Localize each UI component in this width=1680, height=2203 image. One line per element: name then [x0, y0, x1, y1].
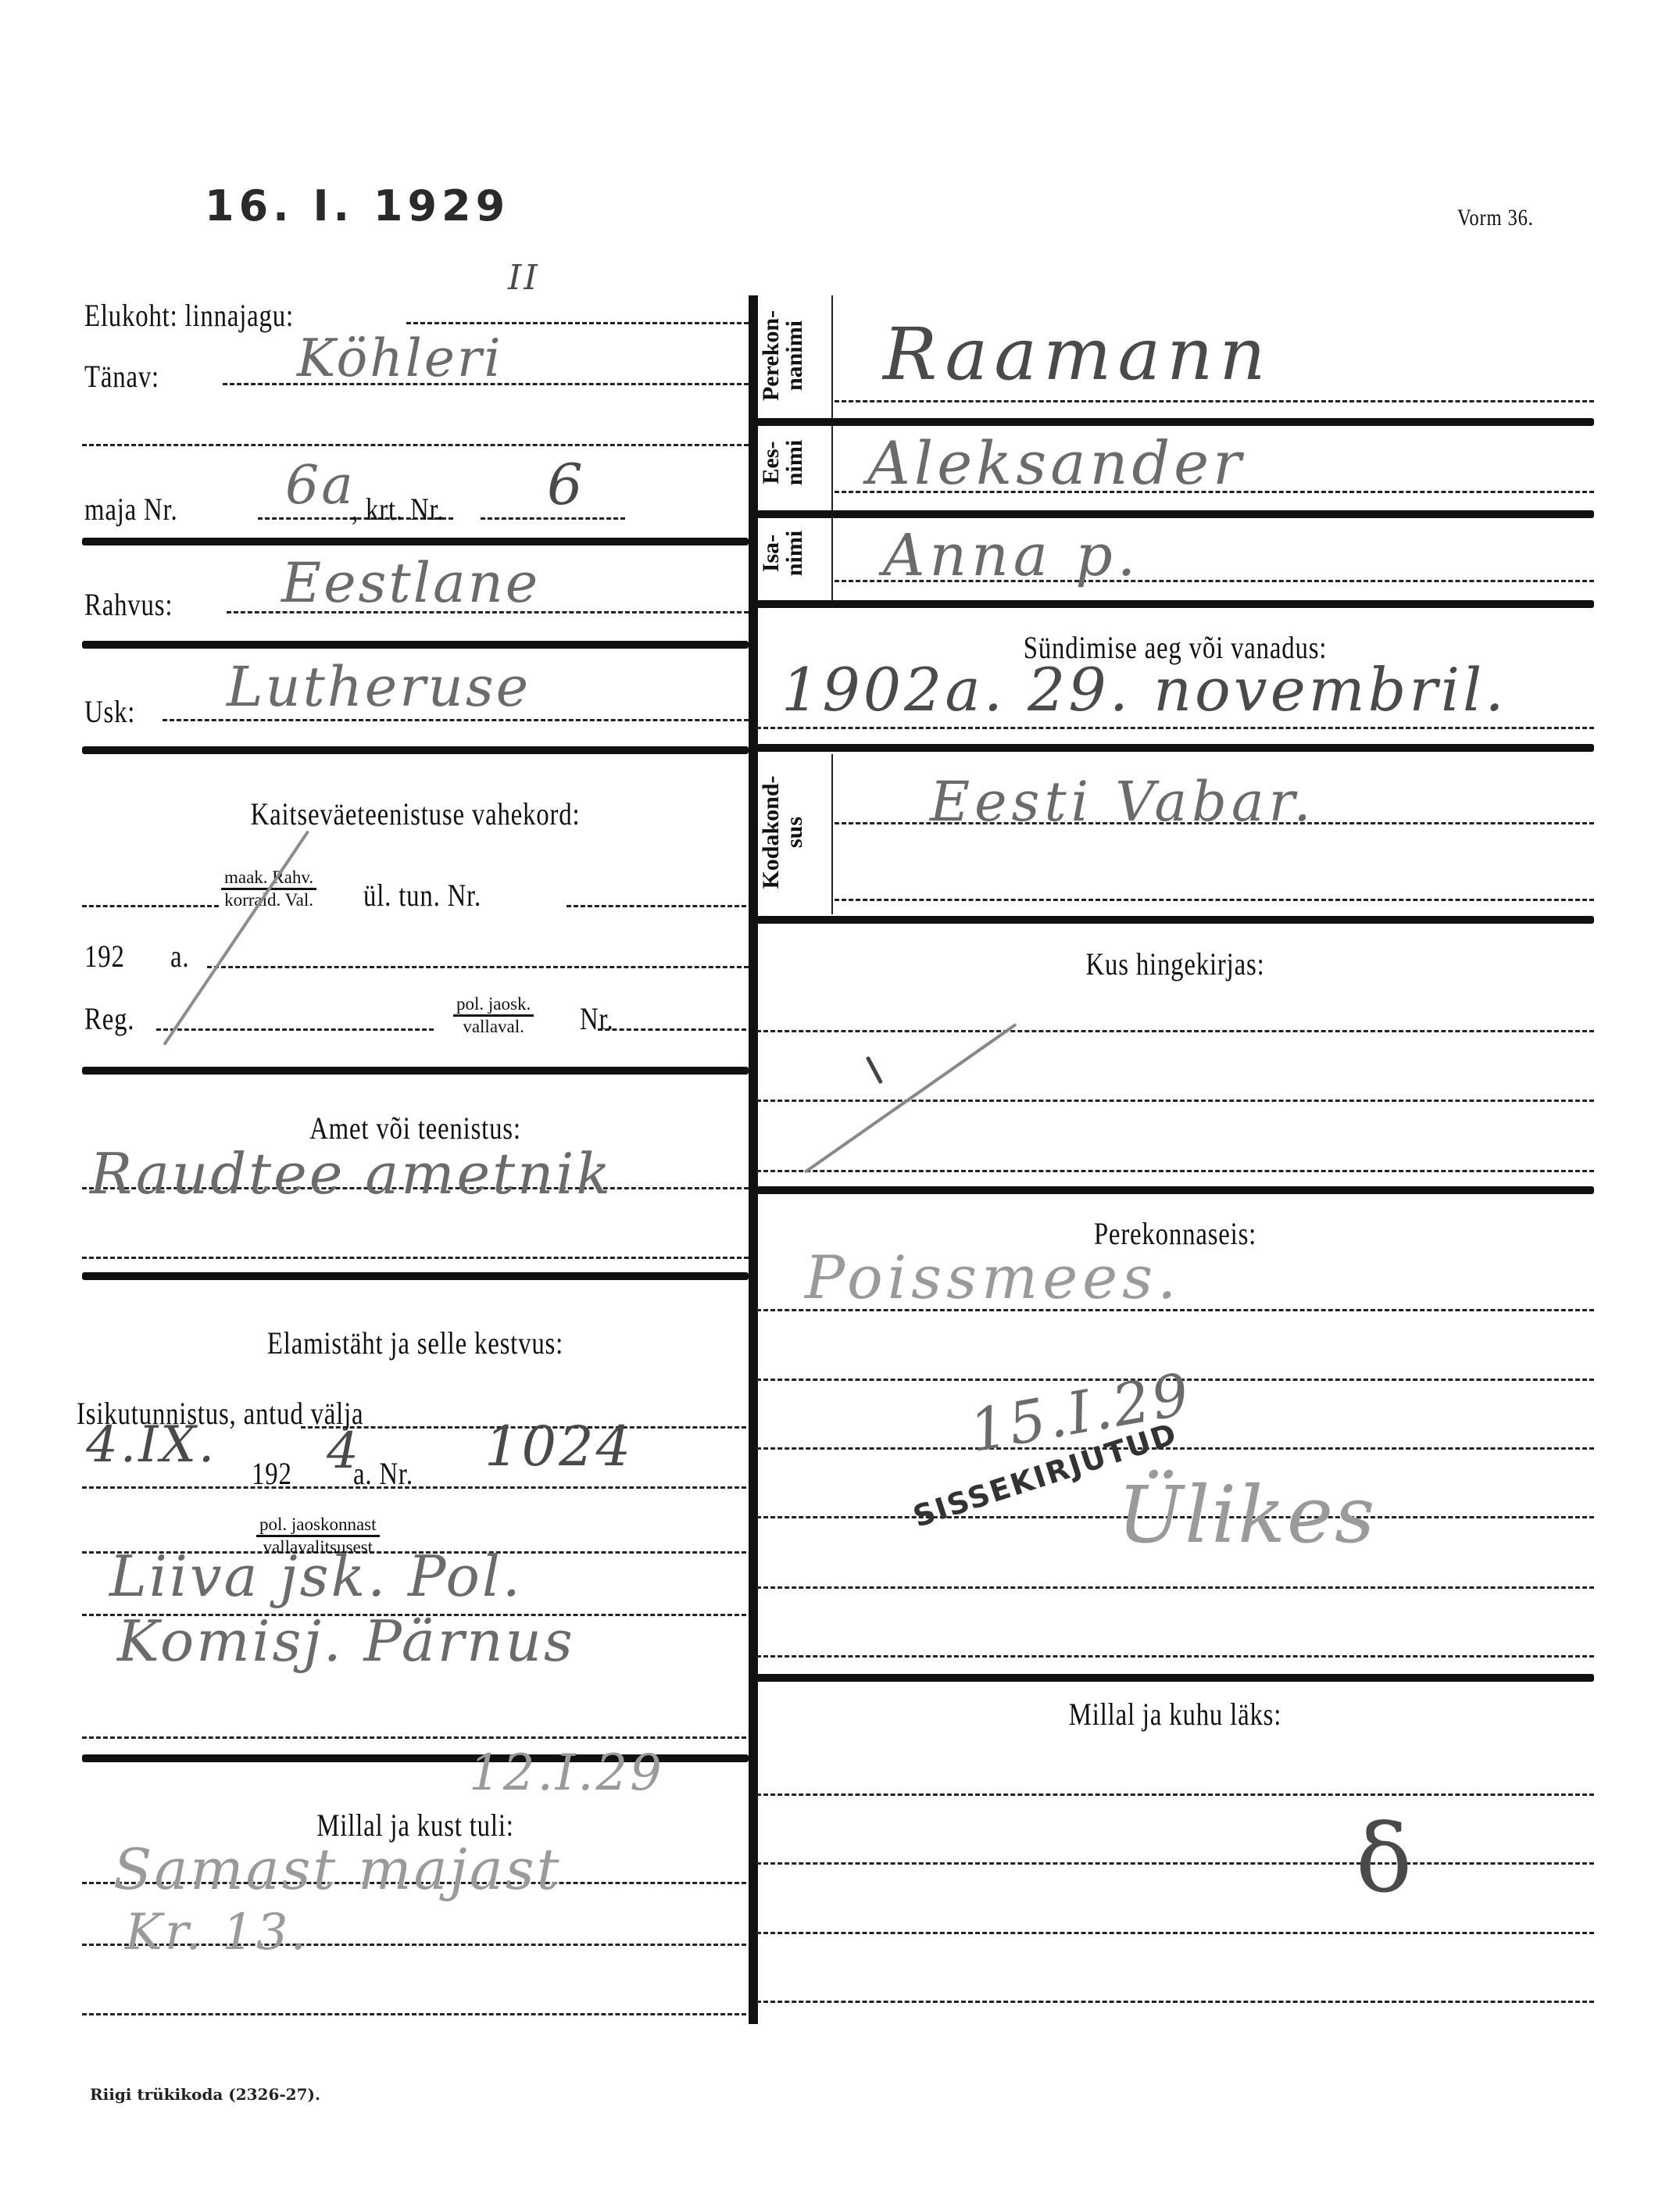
nationality-value[interactable]: Eestlane — [281, 551, 540, 615]
label-line: Isa- — [760, 510, 783, 597]
section-rule — [82, 538, 749, 545]
strike-through-mark — [804, 1023, 1017, 1174]
section-rule — [82, 1067, 749, 1075]
surname-value[interactable]: Raamann — [883, 313, 1272, 396]
label-line: Kodakond- — [760, 754, 783, 910]
departure-mark: δ — [1356, 1805, 1414, 1914]
apartment-value[interactable]: 6 — [547, 452, 585, 517]
rule — [82, 1736, 746, 1739]
street-label: Tänav: — [84, 358, 159, 395]
center-divider — [749, 295, 758, 2024]
fraction-top: pol. jaosk. — [453, 994, 534, 1017]
permit-year-prefix: 192 — [252, 1455, 292, 1492]
permit-year-suffix: a. Nr. — [353, 1455, 413, 1492]
military-year-prefix: 192 — [84, 938, 125, 975]
citizenship-label: Kodakond- sus — [760, 754, 806, 910]
section-rule — [756, 600, 1594, 608]
rule — [756, 1100, 1594, 1102]
date-stamp: 16. I. 1929 — [205, 181, 509, 231]
fraction-top: pol. jaoskonnast — [256, 1515, 380, 1537]
citizenship-value[interactable]: Eesti Vabar. — [930, 770, 1316, 834]
issuer-line2[interactable]: Komisj. Pärnus — [117, 1608, 575, 1674]
section-rule — [756, 510, 1594, 518]
rule — [756, 1586, 1594, 1589]
label-column-line — [831, 295, 833, 602]
rule — [756, 1655, 1594, 1658]
arrival-line1[interactable]: Samast majast — [113, 1836, 562, 1902]
rule — [598, 1028, 746, 1031]
rule — [82, 905, 219, 907]
nationality-label: Rahvus: — [84, 586, 173, 623]
rule — [156, 1028, 434, 1031]
section-rule — [756, 418, 1594, 426]
street-value[interactable]: Köhleri — [297, 328, 503, 388]
rule — [481, 517, 625, 520]
rule — [82, 2013, 746, 2015]
issuer-line1[interactable]: Liiva jsk. Pol. — [109, 1543, 523, 1609]
district-label: Elukoht: linnajagu: — [84, 297, 294, 334]
section-rule — [756, 744, 1594, 752]
surname-label: Perekon- nanimi — [760, 297, 806, 414]
label-column-line — [831, 754, 833, 914]
form-number: Vorm 36. — [1457, 205, 1534, 231]
military-title: Kaitseväeteenistuse vahekord: — [142, 796, 688, 832]
section-rule — [756, 1186, 1594, 1194]
parish-title: Kus hingekirjas: — [831, 946, 1518, 982]
label-line: nimi — [783, 419, 806, 506]
reg-label: Reg. — [84, 1000, 134, 1037]
rule — [756, 1170, 1594, 1172]
label-line: nanimi — [783, 297, 806, 414]
section-rule — [82, 641, 749, 649]
rule — [756, 1932, 1594, 1934]
rule — [756, 1862, 1594, 1865]
nr-label: Nr. — [580, 1000, 613, 1037]
rule — [82, 444, 749, 446]
occupation-value[interactable]: Raudtee ametnik — [90, 1141, 613, 1207]
rule — [756, 2001, 1594, 2003]
patronymic-value[interactable]: Anna p. — [883, 522, 1140, 589]
marital-value[interactable]: Poissmees. — [805, 1243, 1181, 1312]
section-rule — [756, 1674, 1594, 1682]
district-value[interactable]: II — [508, 258, 540, 298]
arrival-line2[interactable]: Kr. 13. — [125, 1904, 309, 1962]
rule — [406, 322, 749, 324]
rule — [756, 1794, 1594, 1796]
label-line: Perekon- — [760, 297, 783, 414]
house-value[interactable]: 6a — [285, 455, 356, 517]
apartment-label: , krt. Nr. — [352, 491, 444, 528]
section-rule — [82, 1272, 749, 1280]
id-number[interactable]: 1024 — [484, 1414, 633, 1479]
rule — [163, 719, 749, 721]
rule — [756, 727, 1594, 729]
first-name-label: Ees- nimi — [760, 419, 806, 506]
tick-mark — [866, 1056, 883, 1084]
police-fraction: pol. jaosk. vallaval. — [453, 994, 534, 1037]
office-label: ül. tun. Nr. — [363, 877, 481, 914]
first-name-value[interactable]: Aleksander — [867, 428, 1245, 498]
rule — [82, 1486, 746, 1489]
permit-title: Elamistäht ja selle kestvus: — [142, 1325, 688, 1361]
rule — [567, 905, 746, 907]
religion-label: Usk: — [84, 693, 135, 730]
issue-date[interactable]: 4.IX. — [86, 1416, 216, 1474]
fraction-bottom: korrald. Val. — [224, 890, 313, 910]
rule — [82, 1257, 749, 1259]
rule — [756, 1030, 1594, 1032]
arrival-date[interactable]: 12.I.29 — [469, 1744, 664, 1802]
rule — [835, 400, 1594, 402]
religion-value[interactable]: Lutheruse — [227, 655, 531, 719]
section-rule — [82, 746, 749, 754]
rule — [835, 899, 1594, 901]
patronymic-label: Isa- nimi — [760, 510, 806, 597]
label-line: Ees- — [760, 419, 783, 506]
departure-title: Millal ja kuhu läks: — [831, 1696, 1518, 1733]
printer-imprint: Riigi trükikoda (2326-27). — [90, 2085, 320, 2104]
section-rule — [756, 916, 1594, 924]
military-year-suffix: a. — [170, 938, 189, 975]
label-line: nimi — [783, 510, 806, 597]
birth-value[interactable]: 1902a. 29. novembril. — [781, 655, 1507, 724]
house-label: maja Nr. — [84, 491, 178, 528]
fraction-bottom: vallaval. — [463, 1017, 524, 1036]
label-line: sus — [783, 754, 806, 910]
signature: Ülikes — [1117, 1469, 1376, 1561]
rule — [207, 966, 749, 968]
